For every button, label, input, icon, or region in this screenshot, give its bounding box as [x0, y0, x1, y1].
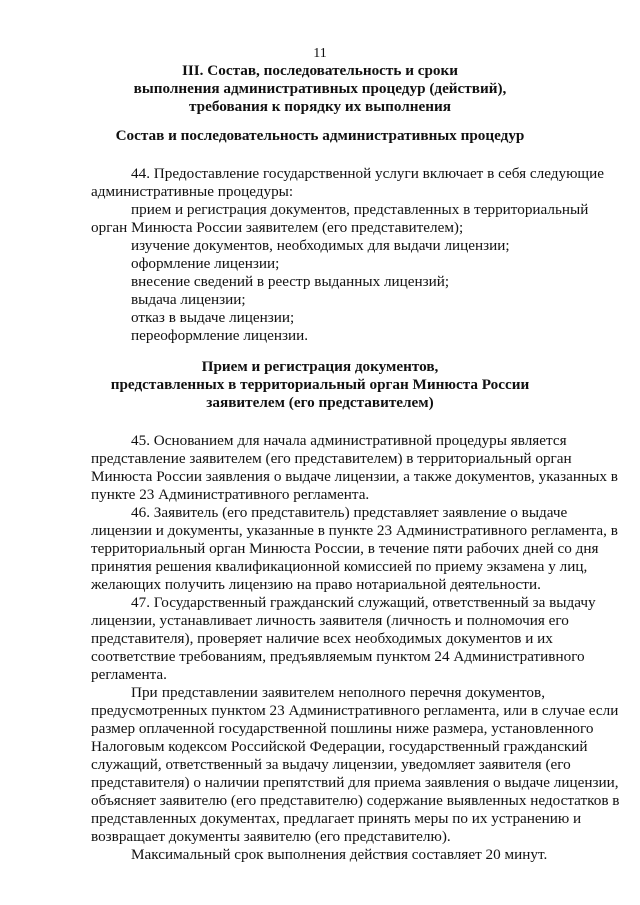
p45-line-3: Минюста России заявления о выдаче лиценз… [91, 468, 545, 486]
p46-line-3: территориальный орган Минюста России, в … [91, 540, 545, 558]
p46-line-1: 46. Заявитель (его представитель) предст… [131, 504, 545, 522]
p47b-line-9: возвращает документы заявителю (его пред… [91, 828, 545, 846]
p47-line-4: соответствие требованиям, предъявляемым … [91, 648, 545, 666]
p47-line-3: представителя), проверяет наличие всех н… [91, 630, 545, 648]
p46-line-5: желающих получить лицензию на право нота… [91, 576, 545, 594]
p47-line-1: 47. Государственный гражданский служащий… [131, 594, 545, 612]
p45-line-1: 45. Основанием для начала административн… [131, 432, 545, 450]
p44-line-5: изучение документов, необходимых для выд… [131, 237, 545, 255]
subsection-title-line-3: заявителем (его представителем) [60, 394, 580, 412]
p47b-line-1: При представлении заявителем неполного п… [131, 684, 545, 702]
section-title-line-3: требования к порядку их выполнения [60, 98, 580, 116]
p45-line-2: представление заявителем (его представит… [91, 450, 545, 468]
p47b-line-6: представителя) о наличии препятствий для… [91, 774, 545, 792]
p47b-line-3: размер оплаченной государственной пошлин… [91, 720, 545, 738]
p47b-line-5: служащий, ответственный за выдачу лиценз… [91, 756, 545, 774]
p44-line-1: 44. Предоставление государственной услуг… [131, 165, 545, 183]
p47b-line-7: объясняет заявителю (его представителю) … [91, 792, 545, 810]
page-number: 11 [0, 46, 640, 62]
p47-line-5: регламента. [91, 666, 545, 684]
p44-line-3: прием и регистрация документов, представ… [131, 201, 545, 219]
p47b-line-8: представленных документах, предлагает пр… [91, 810, 545, 828]
p46-line-2: лицензии и документы, указанные в пункте… [91, 522, 545, 540]
p47b-line-2: предусмотренных пунктом 23 Административ… [91, 702, 545, 720]
p45-line-4: пункте 23 Административного регламента. [91, 486, 545, 504]
p47-line-2: лицензии, устанавливает личность заявите… [91, 612, 545, 630]
section-title-line-1: III. Состав, последовательность и сроки [60, 62, 580, 80]
p47b-line-4: Налоговым кодексом Российской Федерации,… [91, 738, 545, 756]
p44-line-2: административные процедуры: [91, 183, 545, 201]
p44-line-8: выдача лицензии; [131, 291, 545, 309]
p46-line-4: принятия решения квалификационной комисс… [91, 558, 545, 576]
p44-line-4: орган Минюста России заявителем (его пре… [91, 219, 545, 237]
p44-line-10: переоформление лицензии. [131, 327, 545, 345]
p44-line-9: отказ в выдаче лицензии; [131, 309, 545, 327]
p44-line-7: внесение сведений в реестр выданных лице… [131, 273, 545, 291]
subsection-title-line-2: представленных в территориальный орган М… [60, 376, 580, 394]
section-subtitle: Состав и последовательность администрати… [60, 127, 580, 145]
section-title-line-2: выполнения административных процедур (де… [60, 80, 580, 98]
p44-line-6: оформление лицензии; [131, 255, 545, 273]
subsection-title-line-1: Прием и регистрация документов, [60, 358, 580, 376]
document-page: 11 III. Состав, последовательность и сро… [0, 0, 640, 905]
p47c-line-1: Максимальный срок выполнения действия со… [131, 846, 545, 864]
